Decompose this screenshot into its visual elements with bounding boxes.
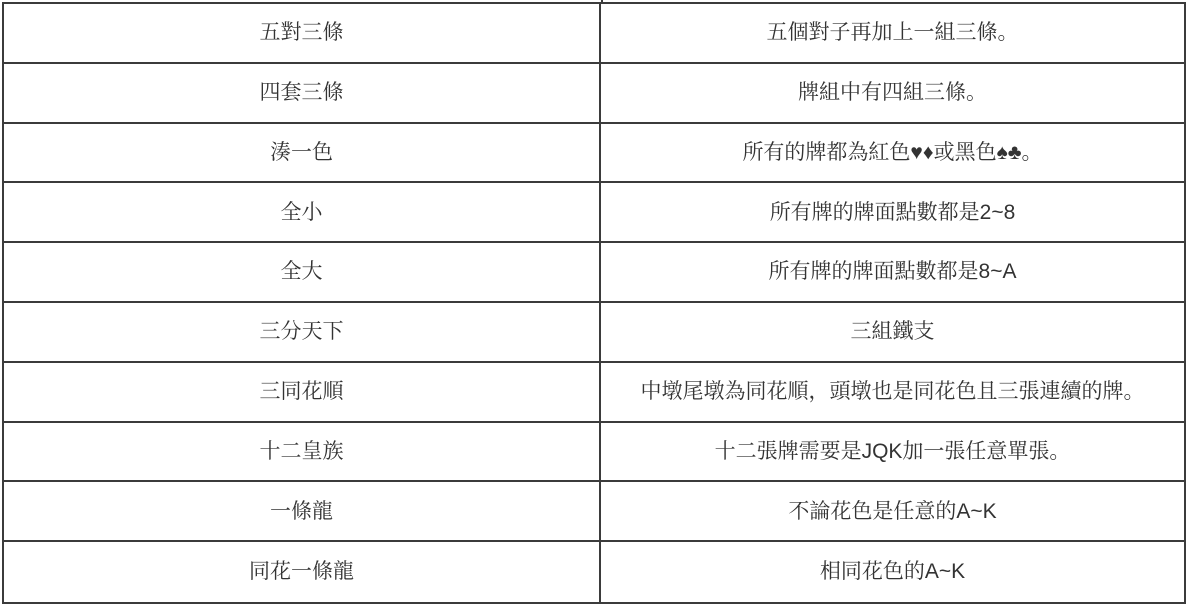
table-row: 三分天下 三組鐵支 [4,303,1184,363]
hand-name-cell: 一條龍 [4,482,601,540]
hand-description-cell: 牌組中有四組三條。 [601,64,1184,122]
hand-description-cell: 所有牌的牌面點數都是8~A [601,243,1184,301]
hand-description-cell: 五個對子再加上一組三條。 [601,4,1184,62]
hand-name-cell: 三同花順 [4,363,601,421]
hand-description-cell: 中墩尾墩為同花順，頭墩也是同花色且三張連續的牌。 [601,363,1184,421]
hand-description-cell: 不論花色是任意的A~K [601,482,1184,540]
hand-name-cell: 五對三條 [4,4,601,62]
hand-name-cell: 全小 [4,183,601,241]
hand-name-cell: 湊一色 [4,124,601,182]
table-row: 三同花順 中墩尾墩為同花順，頭墩也是同花色且三張連續的牌。 [4,363,1184,423]
table-row: 同花一條龍 相同花色的A~K [4,542,1184,602]
table-row: 四套三條 牌組中有四組三條。 [4,64,1184,124]
hand-name-cell: 三分天下 [4,303,601,361]
hand-name-cell: 同花一條龍 [4,542,601,602]
table-row: 五對三條 五個對子再加上一組三條。 [4,4,1184,64]
table-row: 十二皇族 十二張牌需要是JQK加一張任意單張。 [4,423,1184,483]
hand-description-cell: 相同花色的A~K [601,542,1184,602]
hand-description-cell: 十二張牌需要是JQK加一張任意單張。 [601,423,1184,481]
table-row: 一條龍 不論花色是任意的A~K [4,482,1184,542]
hand-name-cell: 四套三條 [4,64,601,122]
table-row: 湊一色 所有的牌都為紅色♥♦或黑色♠♣。 [4,124,1184,184]
table-row: 全小 所有牌的牌面點數都是2~8 [4,183,1184,243]
hand-description-cell: 三組鐵支 [601,303,1184,361]
table-row: 全大 所有牌的牌面點數都是8~A [4,243,1184,303]
poker-hands-table: 五對三條 五個對子再加上一組三條。 四套三條 牌組中有四組三條。 湊一色 所有的… [2,2,1186,604]
hand-description-cell: 所有牌的牌面點數都是2~8 [601,183,1184,241]
hand-name-cell: 全大 [4,243,601,301]
hand-name-cell: 十二皇族 [4,423,601,481]
hand-description-cell: 所有的牌都為紅色♥♦或黑色♠♣。 [601,124,1184,182]
